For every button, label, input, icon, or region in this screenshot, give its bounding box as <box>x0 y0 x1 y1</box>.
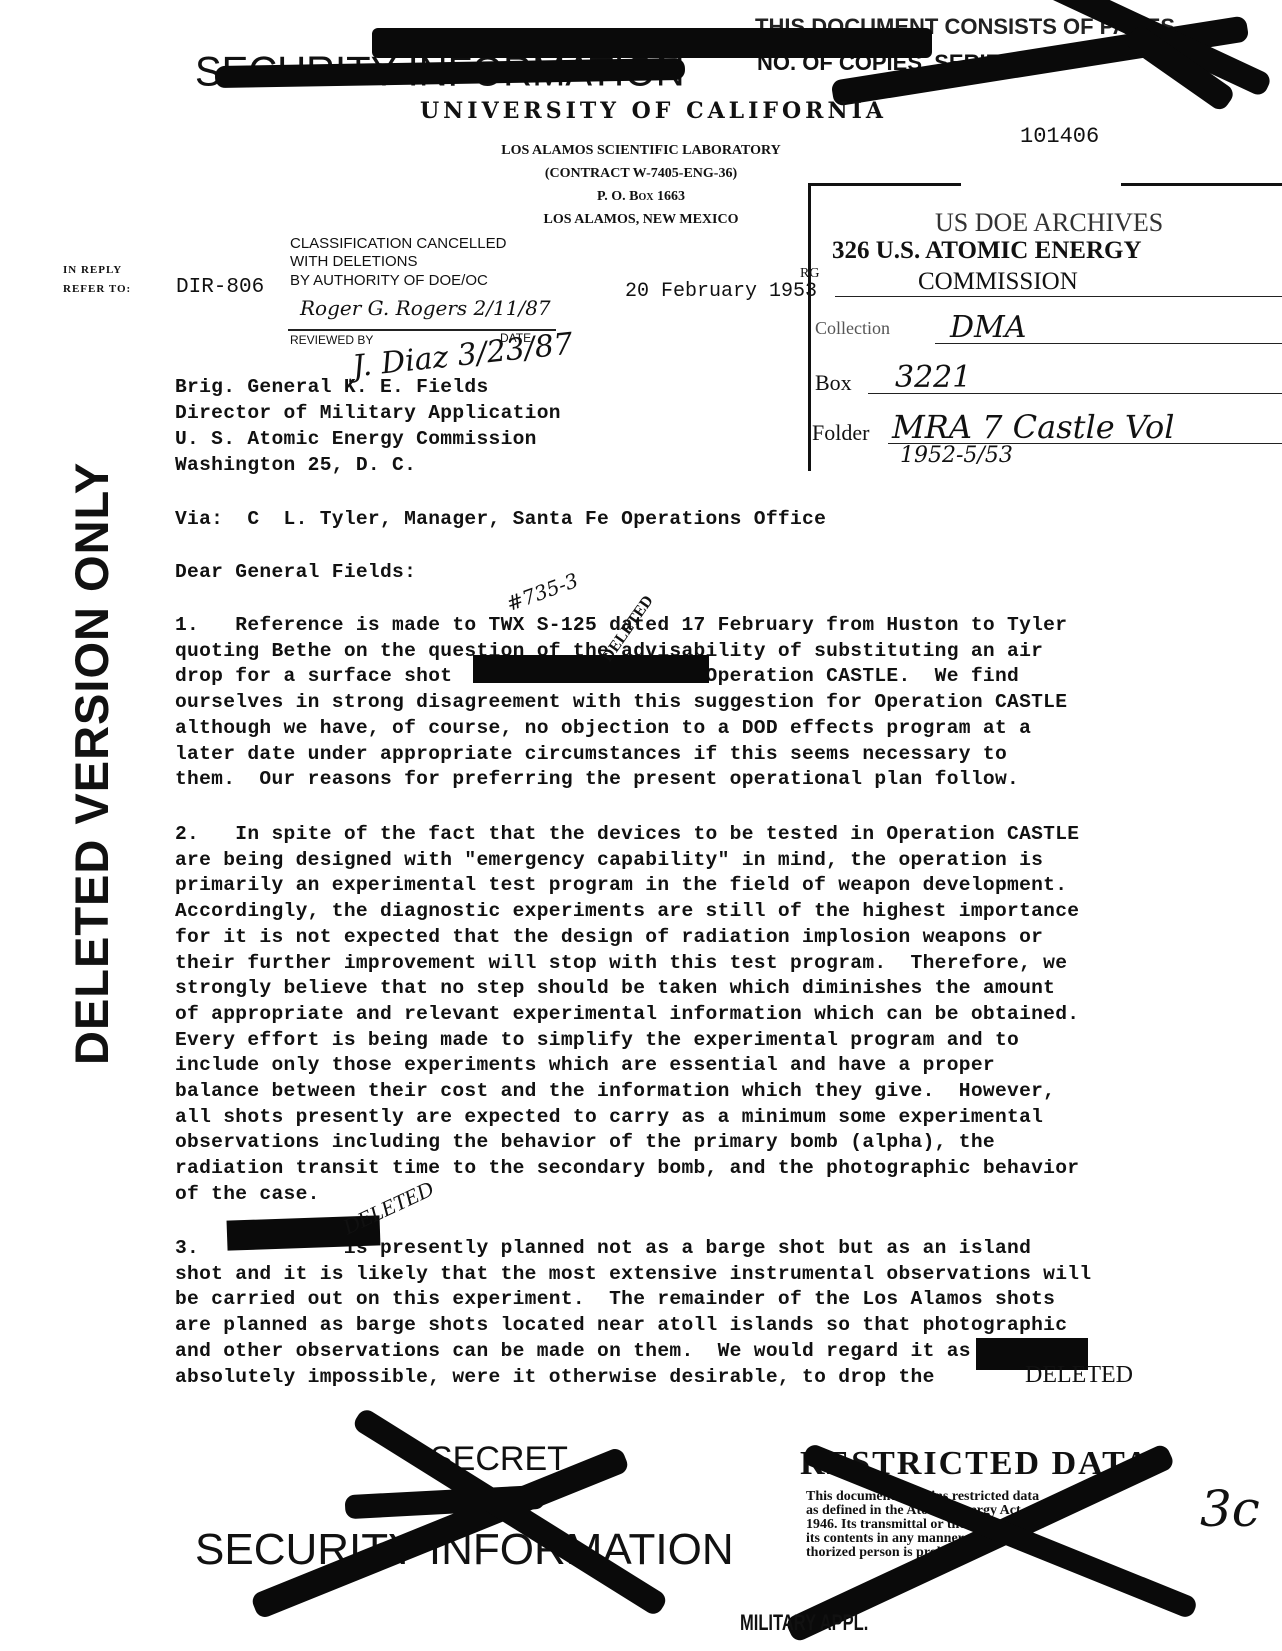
folder-date-range: 1952-5/53 <box>900 443 1013 468</box>
salutation: Dear General Fields: <box>175 560 416 586</box>
collection-label: Collection <box>815 318 890 339</box>
body-line: all shots presently are expected to carr… <box>175 1105 1043 1131</box>
archive-line1: US DOE ARCHIVES <box>935 208 1163 238</box>
document-number: 101406 <box>1020 124 1099 149</box>
reviewed-by-label: REVIEWED BY <box>290 331 373 349</box>
body-line: balance between their cost and the infor… <box>175 1079 1055 1105</box>
addressee-line1: Brig. General K. E. Fields <box>175 375 489 401</box>
via-line: Via: C L. Tyler, Manager, Santa Fe Opera… <box>175 507 826 533</box>
classification-stamp-line1: CLASSIFICATION CANCELLED <box>290 235 506 253</box>
body-line: include only those experiments which are… <box>175 1053 995 1079</box>
body-line: and other observations can be made on th… <box>175 1339 971 1365</box>
archive-rg-label: RG <box>800 266 819 282</box>
body-line: their further improvement will stop with… <box>175 951 1067 977</box>
body-line: Every effort is being made to simplify t… <box>175 1028 1019 1054</box>
body-line: of appropriate and relevant experimental… <box>175 1002 1079 1028</box>
institution-name: UNIVERSITY OF CALIFORNIA <box>420 98 887 124</box>
body-line: strongly believe that no step should be … <box>175 976 1055 1002</box>
handwritten-annotation: #735-3 <box>503 568 581 616</box>
reviewer-signature: Roger G. Rogers 2/11/87 <box>300 296 551 320</box>
box-label: Box <box>815 370 852 396</box>
reply-reference: DIR-806 <box>176 276 264 299</box>
body-line: be carried out on this experiment. The r… <box>175 1287 1055 1313</box>
folder-label: Folder <box>812 420 869 446</box>
body-line: 2. In spite of the fact that the devices… <box>175 822 1079 848</box>
addressee-line3: U. S. Atomic Energy Commission <box>175 427 537 453</box>
body-line: ourselves in strong disagreement with th… <box>175 690 1067 716</box>
body-line: shot and it is likely that the most exte… <box>175 1262 1091 1288</box>
body-line: later date under appropriate circumstanc… <box>175 742 1007 768</box>
archive-line3: COMMISSION <box>918 268 1078 296</box>
deleted-label: DELETED <box>339 1176 438 1240</box>
body-line: absolutely impossible, were it otherwise… <box>175 1365 935 1391</box>
body-line: for it is not expected that the design o… <box>175 925 1043 951</box>
body-line: are planned as barge shots located near … <box>175 1313 1067 1339</box>
collection-value: DMA <box>950 310 1026 345</box>
body-line: of the case. <box>175 1182 320 1208</box>
redaction-bar <box>473 655 709 683</box>
reply-label-line2: REFER TO: <box>63 283 131 295</box>
body-line: primarily an experimental test program i… <box>175 873 1067 899</box>
classification-stamp-line3: BY AUTHORITY OF DOE/OC <box>290 272 488 290</box>
box-value: 3221 <box>895 360 971 395</box>
addressee-line4: Washington 25, D. C. <box>175 453 416 479</box>
folder-value: MRA 7 Castle Vol <box>892 408 1175 446</box>
deleted-label: DELETED <box>1025 1362 1133 1389</box>
addressee-line2: Director of Military Application <box>175 401 561 427</box>
classification-stamp-line2: WITH DELETIONS <box>290 253 418 271</box>
letter-date: 20 February 1953 <box>625 280 817 303</box>
body-line: although we have, of course, no objectio… <box>175 716 1031 742</box>
body-line: Accordingly, the diagnostic experiments … <box>175 899 1079 925</box>
body-line: them. Our reasons for preferring the pre… <box>175 767 1019 793</box>
body-line: observations including the behavior of t… <box>175 1130 995 1156</box>
body-line: radiation transit time to the secondary … <box>175 1156 1079 1182</box>
page-mark: 3c <box>1200 1480 1260 1538</box>
military-appl-stamp: MILITARY APPL. <box>740 1610 868 1636</box>
contract-number: (CONTRACT W-7405-ENG-36) <box>0 166 1282 182</box>
redaction-strike <box>372 28 932 58</box>
body-line: are being designed with "emergency capab… <box>175 848 1043 874</box>
reply-label-line1: IN REPLY <box>63 264 122 276</box>
archive-line2: 326 U.S. ATOMIC ENERGY <box>832 237 1142 265</box>
deleted-version-stamp: DELETED VERSION ONLY <box>64 462 119 1065</box>
